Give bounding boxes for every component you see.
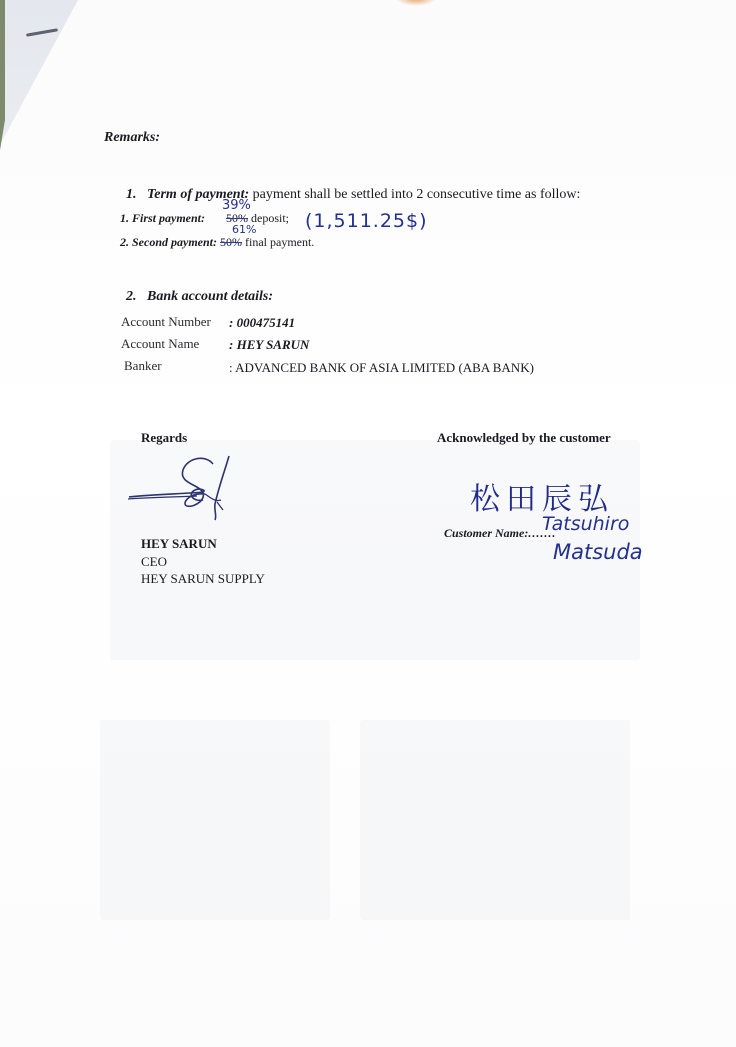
first-handwritten-percent: 39% [222,198,251,213]
first-payment-line: 1. First payment: 50% deposit; [120,211,289,226]
background-surface [0,0,80,260]
background-object [396,0,436,6]
show-through-ghost [360,720,630,920]
bank-number: 2. [126,289,137,304]
first-suffix: deposit; [251,211,289,225]
second-handwritten-percent: 61% [232,223,256,236]
term-number: 1. [126,187,137,202]
account-number-value: : 000475141 [229,315,295,331]
acknowledged-heading: Acknowledged by the customer [437,430,611,446]
account-name-value: : HEY SARUN [229,337,309,353]
account-name-label: Account Name [121,336,199,352]
term-of-payment-line: 1. Term of payment: payment shall be set… [126,187,580,203]
signer-title: CEO [141,554,167,570]
document-page: Remarks: 1. Term of payment: payment sha… [0,0,736,1047]
remarks-heading: Remarks: [104,130,160,146]
customer-name-label-text: Customer Name: [444,526,528,540]
customer-handwritten-first-name: Tatsuhiro [542,513,629,535]
term-text: payment shall be settled into 2 consecut… [253,187,581,202]
banker-label: Banker [124,358,162,374]
signer-name: HEY SARUN [141,536,217,552]
banker-value: : ADVANCED BANK OF ASIA LIMITED (ABA BAN… [229,360,534,376]
signer-company: HEY SARUN SUPPLY [141,571,265,587]
first-payment-label: 1. First payment: [120,211,205,225]
account-number-label: Account Number [121,314,211,330]
customer-name-label: Customer Name:....... [444,526,556,541]
ceo-signature [125,450,245,522]
second-suffix: final payment. [245,235,314,249]
first-handwritten-amount: (1,511.25$) [305,210,428,232]
second-printed-percent: 50% [220,235,242,249]
second-payment-label: 2. Second payment: [120,235,217,249]
regards-heading: Regards [141,430,187,446]
show-through-ghost [100,720,330,920]
second-payment-line: 2. Second payment: 50% final payment. [120,235,314,250]
bank-heading: Bank account details: [147,289,273,304]
customer-kanji-signature: 松田辰弘 [470,474,614,518]
bank-details-heading: 2. Bank account details: [126,289,273,305]
customer-handwritten-last-name: Matsuda [553,540,643,564]
